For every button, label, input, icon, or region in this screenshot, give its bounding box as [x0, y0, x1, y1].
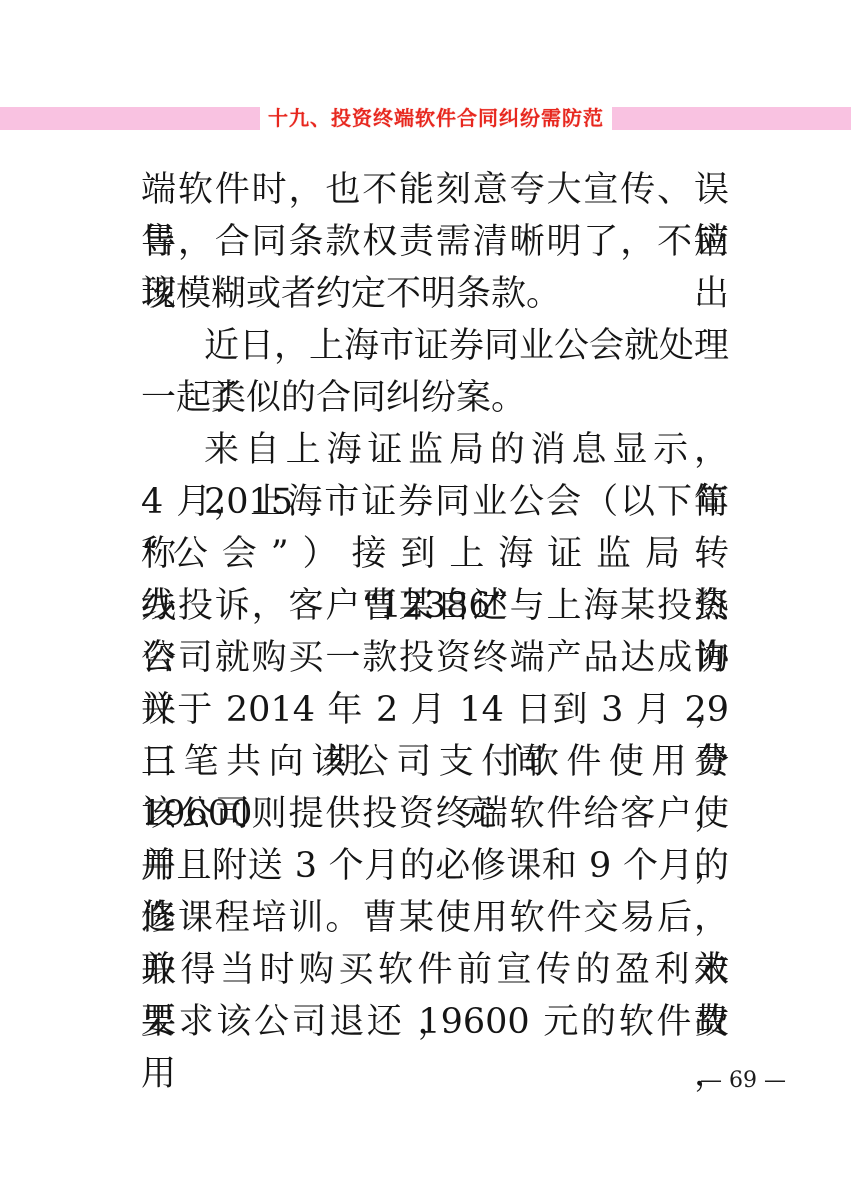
text-line: “公会”）接到上海证监局转办“12386”热 — [141, 528, 729, 580]
text-line: 来自上海证监局的消息显示，2015 年 — [141, 424, 729, 476]
text-line: 要求该公司退还 19600 元的软件费用， — [141, 996, 729, 1048]
text-line: 一起类似的合同纠纷案。 — [141, 372, 729, 424]
text-line: 修课程培训。曹某使用软件交易后，并未 — [141, 892, 729, 944]
page-number: — 69 — — [700, 1068, 775, 1093]
text-line: 线投诉，客户曹某自述与上海某投资咨询 — [141, 580, 729, 632]
text-line: 4 月，上海市证券同业公会（以下简称 — [141, 476, 729, 528]
text-line: 并且附送 3 个月的必修课和 9 个月的选 — [141, 840, 729, 892]
text-line: 售，合同条款权责需清晰明了，不应该出 — [141, 216, 729, 268]
chapter-title: 十九、投资终端软件合同纠纷需防范 — [268, 102, 604, 131]
text-line: 近日，上海市证券同业公会就处理了 — [141, 320, 729, 372]
text-line: 该公司则提供投资终端软件给客户使用， — [141, 788, 729, 840]
text-line: 三笔共向该公司支付软件使用费 19600 元， — [141, 736, 729, 788]
text-line: 端软件时，也不能刻意夸大宣传、误导销 — [141, 164, 729, 216]
chapter-title-box: 十九、投资终端软件合同纠纷需防范 — [260, 97, 612, 135]
text-line: 取得当时购买软件前宣传的盈利效果，故 — [141, 944, 729, 996]
body-text: 端软件时，也不能刻意夸大宣传、误导销 售，合同条款权责需清晰明了，不应该出 现模… — [141, 164, 729, 1048]
text-line: 公司就购买一款投资终端产品达成协议， — [141, 632, 729, 684]
text-line: 并于 2014 年 2 月 14 日到 3 月 29 日期间分 — [141, 684, 729, 736]
book-page: 十九、投资终端软件合同纠纷需防范 端软件时，也不能刻意夸大宣传、误导销 售，合同… — [0, 0, 851, 1189]
